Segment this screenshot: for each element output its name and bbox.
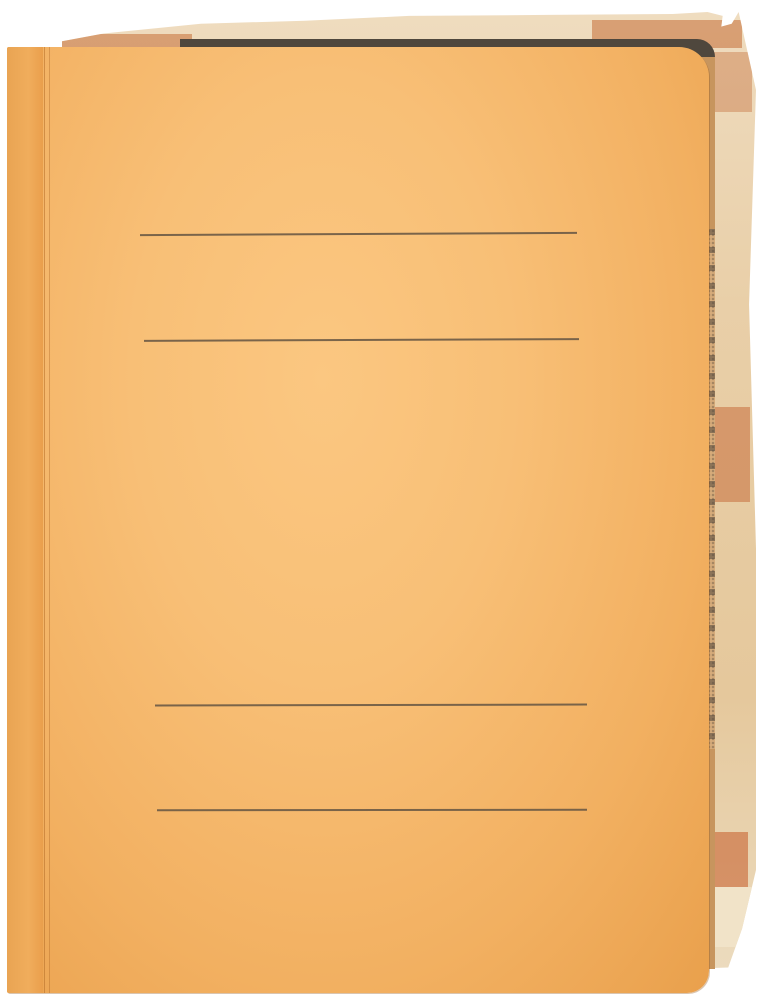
writing-line <box>157 809 587 811</box>
folder-cover <box>7 47 709 993</box>
spine-crease <box>49 47 50 993</box>
writing-line <box>140 232 577 236</box>
folder-spine <box>7 47 43 993</box>
photo <box>0 0 777 1000</box>
writing-line <box>144 338 579 341</box>
writing-line <box>155 704 587 706</box>
spine-crease <box>44 47 45 993</box>
